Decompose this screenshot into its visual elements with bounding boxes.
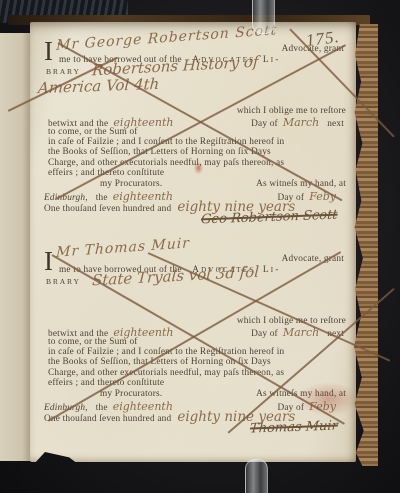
dropcap-initial: I (44, 39, 53, 63)
dropcap-initial: I (44, 249, 53, 273)
printed-next: next (327, 120, 344, 129)
printed-witness: As witneſs my hand, at (256, 180, 346, 189)
printed-to-come: to come, or the Sum of (48, 128, 138, 137)
printed-charge: Charge, and other executorials needful, … (48, 159, 284, 168)
facing-page-edge (0, 33, 34, 461)
signed-month-handwritten: Feby (309, 191, 336, 202)
page-holder-clip-top (252, 0, 275, 34)
return-month-handwritten: March (283, 327, 319, 338)
ink-blot (194, 162, 203, 174)
signature-crossed-out: Thomas Muir (250, 419, 339, 435)
printed-procurators: my Procurators. (100, 390, 162, 399)
printed-oblige-line: which I oblige me to reſtore (237, 107, 346, 116)
printed-one-thousand: One thouſand ſeven hundred and (44, 205, 171, 214)
photo-of-library-register: 175. I Mr George Robertson Scott Advocat… (0, 0, 400, 493)
ink-blot (296, 382, 360, 416)
printed-procurators: my Procurators. (100, 180, 162, 189)
return-month-handwritten: March (283, 117, 319, 128)
printed-charge: Charge, and other executorials needful, … (48, 369, 284, 378)
borrowing-form-1: I Mr George Robertson Scott Advocate, gr… (44, 36, 346, 234)
signature-crossed-out: Geo Robertson Scott (201, 209, 338, 227)
printed-oblige-line: which I oblige me to reſtore (237, 317, 346, 326)
printed-to-come: to come, or the Sum of (48, 338, 138, 347)
printed-advocate-grant: Advocate, grant (282, 255, 344, 264)
printed-day-of: Day of (251, 120, 278, 129)
printed-one-thousand: One thouſand ſeven hundred and (44, 415, 171, 424)
printed-day-of: Day of (251, 330, 278, 339)
printed-brary: BRARY (46, 278, 81, 286)
printed-brary: BRARY (46, 68, 81, 76)
page-holder-clip-bottom (245, 459, 268, 493)
printed-books-of-session: the Books of Seſſion, that Letters of Ho… (48, 148, 271, 157)
